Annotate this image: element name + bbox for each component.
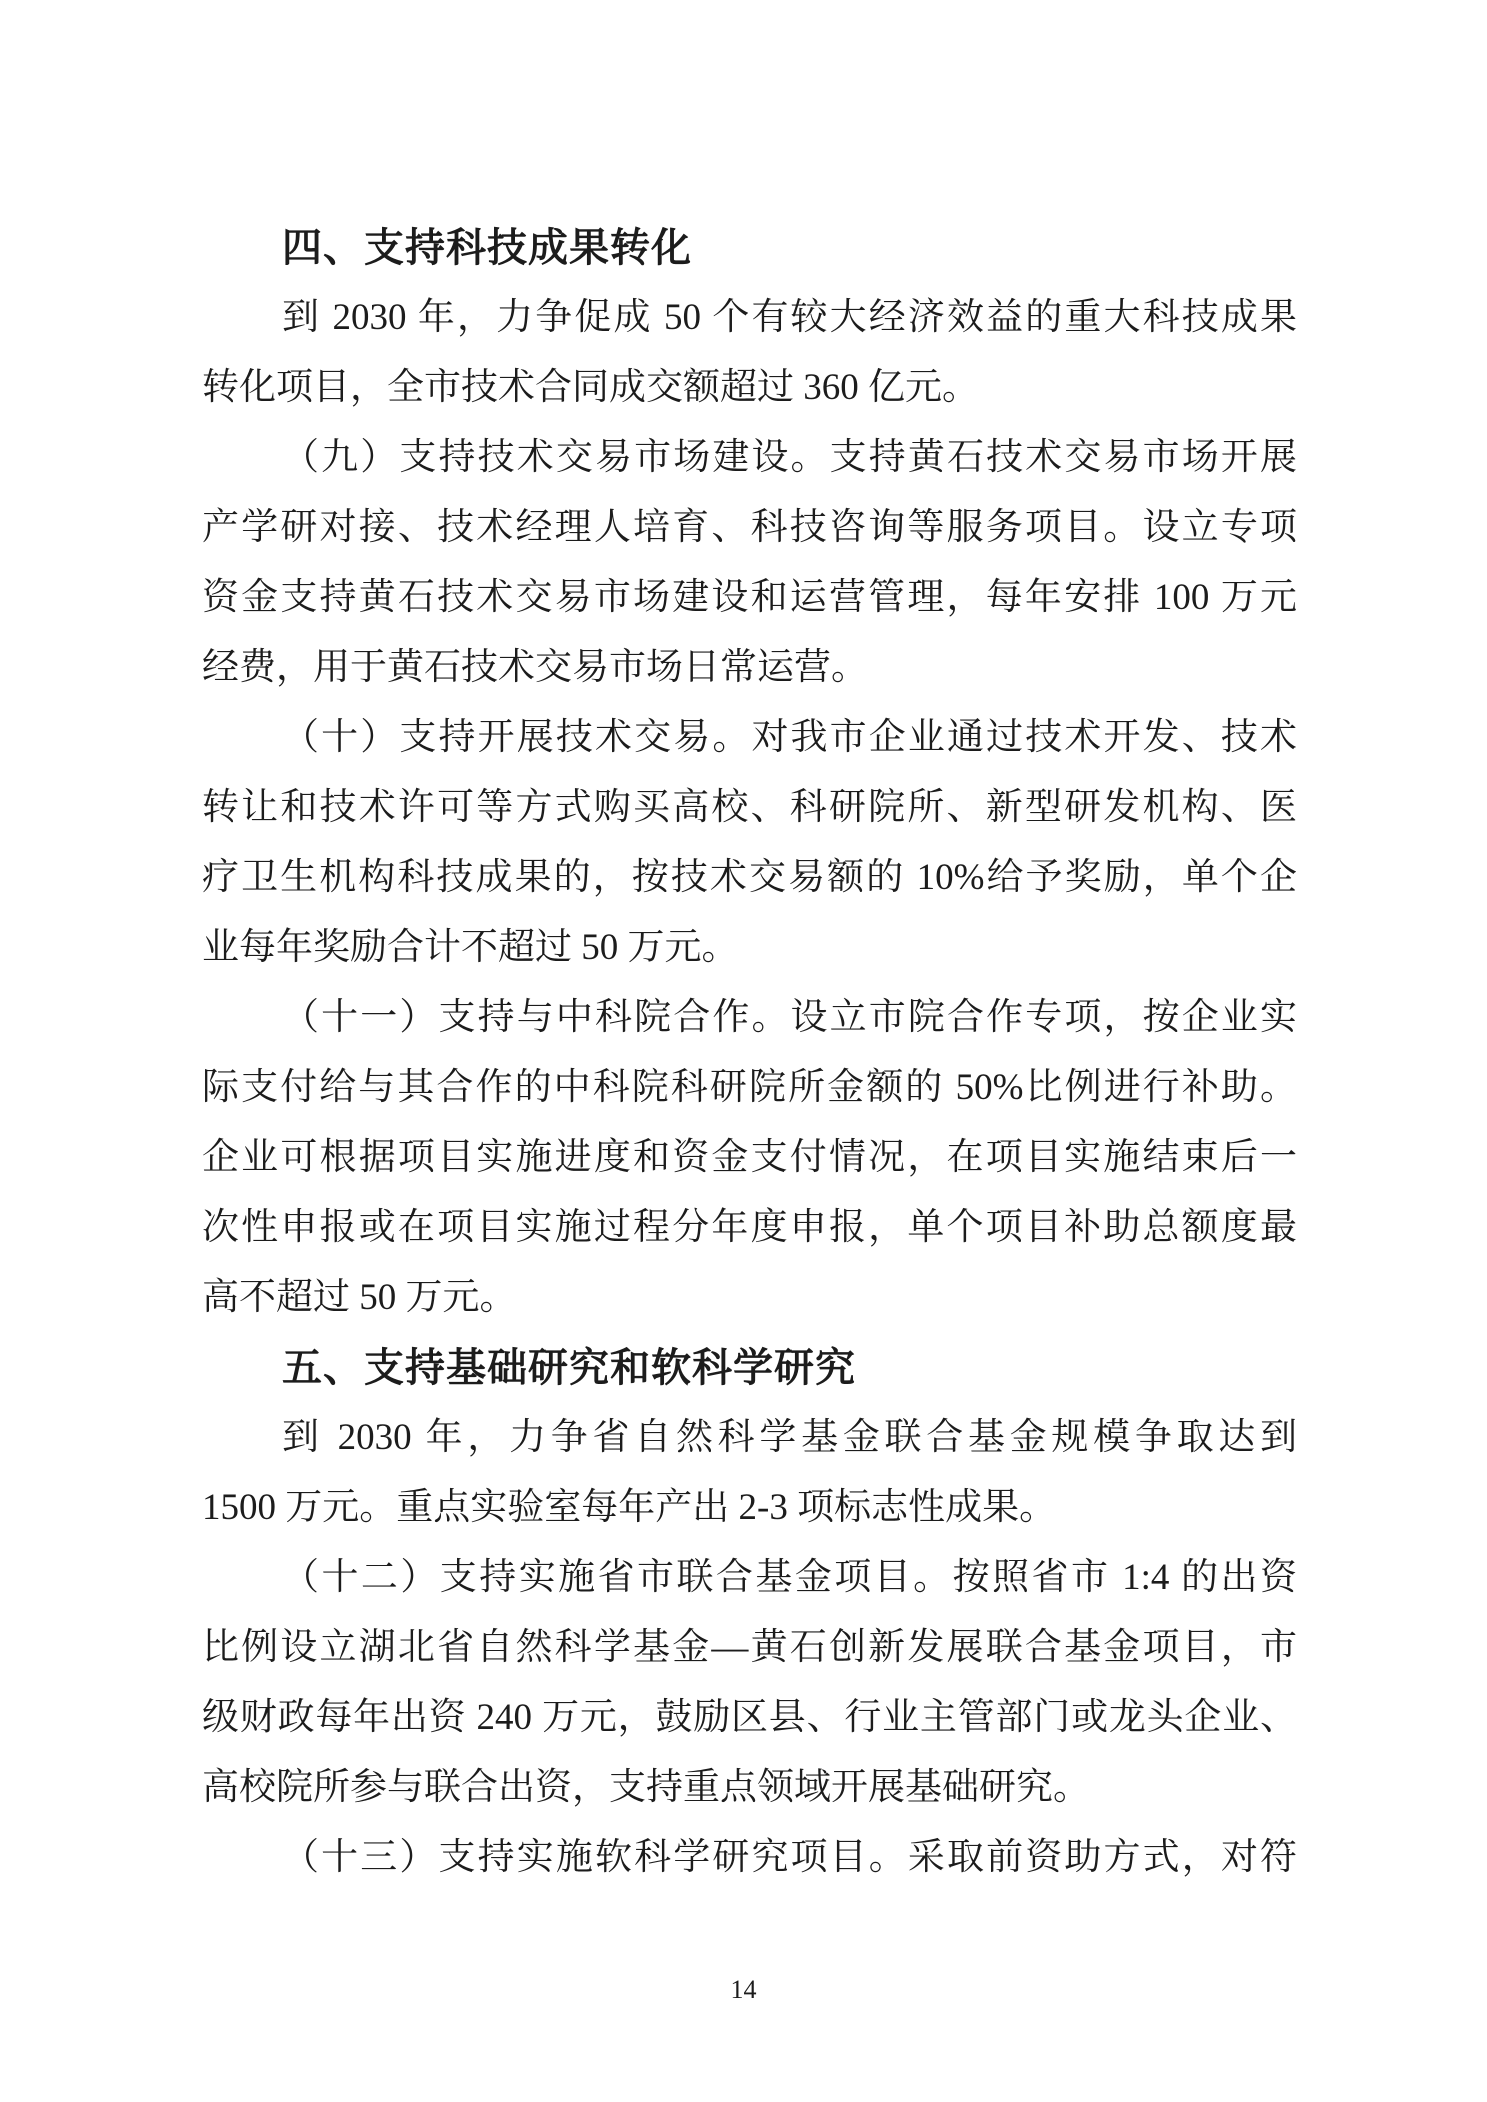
text-line: 级财政每年出资 240 万元，鼓励区县、行业主管部门或龙头企业、: [202, 1683, 1297, 1753]
text-line: （十三）支持实施软科学研究项目。采取前资助方式，对符: [202, 1823, 1297, 1893]
text-line: （十）支持开展技术交易。对我市企业通过技术开发、技术: [202, 703, 1297, 773]
section-heading: 五、支持基础研究和软科学研究: [202, 1333, 1297, 1403]
text-line: （九）支持技术交易市场建设。支持黄石技术交易市场开展: [202, 423, 1297, 493]
text-line: 资金支持黄石技术交易市场建设和运营管理，每年安排 100 万元: [202, 563, 1297, 633]
text-line: 比例设立湖北省自然科学基金—黄石创新发展联合基金项目，市: [202, 1613, 1297, 1683]
text-line: 经费，用于黄石技术交易市场日常运营。: [202, 633, 1297, 703]
text-line: 高校院所参与联合出资，支持重点领域开展基础研究。: [202, 1753, 1297, 1823]
text-line: 高不超过 50 万元。: [202, 1263, 1297, 1333]
text-line: （十一）支持与中科院合作。设立市院合作专项，按企业实: [202, 983, 1297, 1053]
text-line: 次性申报或在项目实施过程分年度申报，单个项目补助总额度最: [202, 1193, 1297, 1263]
text-line: 疗卫生机构科技成果的，按技术交易额的 10%给予奖励，单个企: [202, 843, 1297, 913]
text-line: 转化项目，全市技术合同成交额超过 360 亿元。: [202, 353, 1297, 423]
page-number: 14: [0, 1970, 1487, 2010]
text-line: 1500 万元。重点实验室每年产出 2-3 项标志性成果。: [202, 1473, 1297, 1543]
document-page: 四、支持科技成果转化到 2030 年，力争促成 50 个有较大经济效益的重大科技…: [0, 0, 1487, 2102]
text-line: （十二）支持实施省市联合基金项目。按照省市 1:4 的出资: [202, 1543, 1297, 1613]
text-line: 际支付给与其合作的中科院科研院所金额的 50%比例进行补助。: [202, 1053, 1297, 1123]
text-line: 业每年奖励合计不超过 50 万元。: [202, 913, 1297, 983]
text-line: 产学研对接、技术经理人培育、科技咨询等服务项目。设立专项: [202, 493, 1297, 563]
section-heading: 四、支持科技成果转化: [202, 213, 1297, 283]
text-line: 到 2030 年，力争省自然科学基金联合基金规模争取达到: [202, 1403, 1297, 1473]
text-line: 转让和技术许可等方式购买高校、科研院所、新型研发机构、医: [202, 773, 1297, 843]
text-line: 到 2030 年，力争促成 50 个有较大经济效益的重大科技成果: [202, 283, 1297, 353]
text-line: 企业可根据项目实施进度和资金支付情况，在项目实施结束后一: [202, 1123, 1297, 1193]
text-lines: 四、支持科技成果转化到 2030 年，力争促成 50 个有较大经济效益的重大科技…: [202, 213, 1297, 1893]
